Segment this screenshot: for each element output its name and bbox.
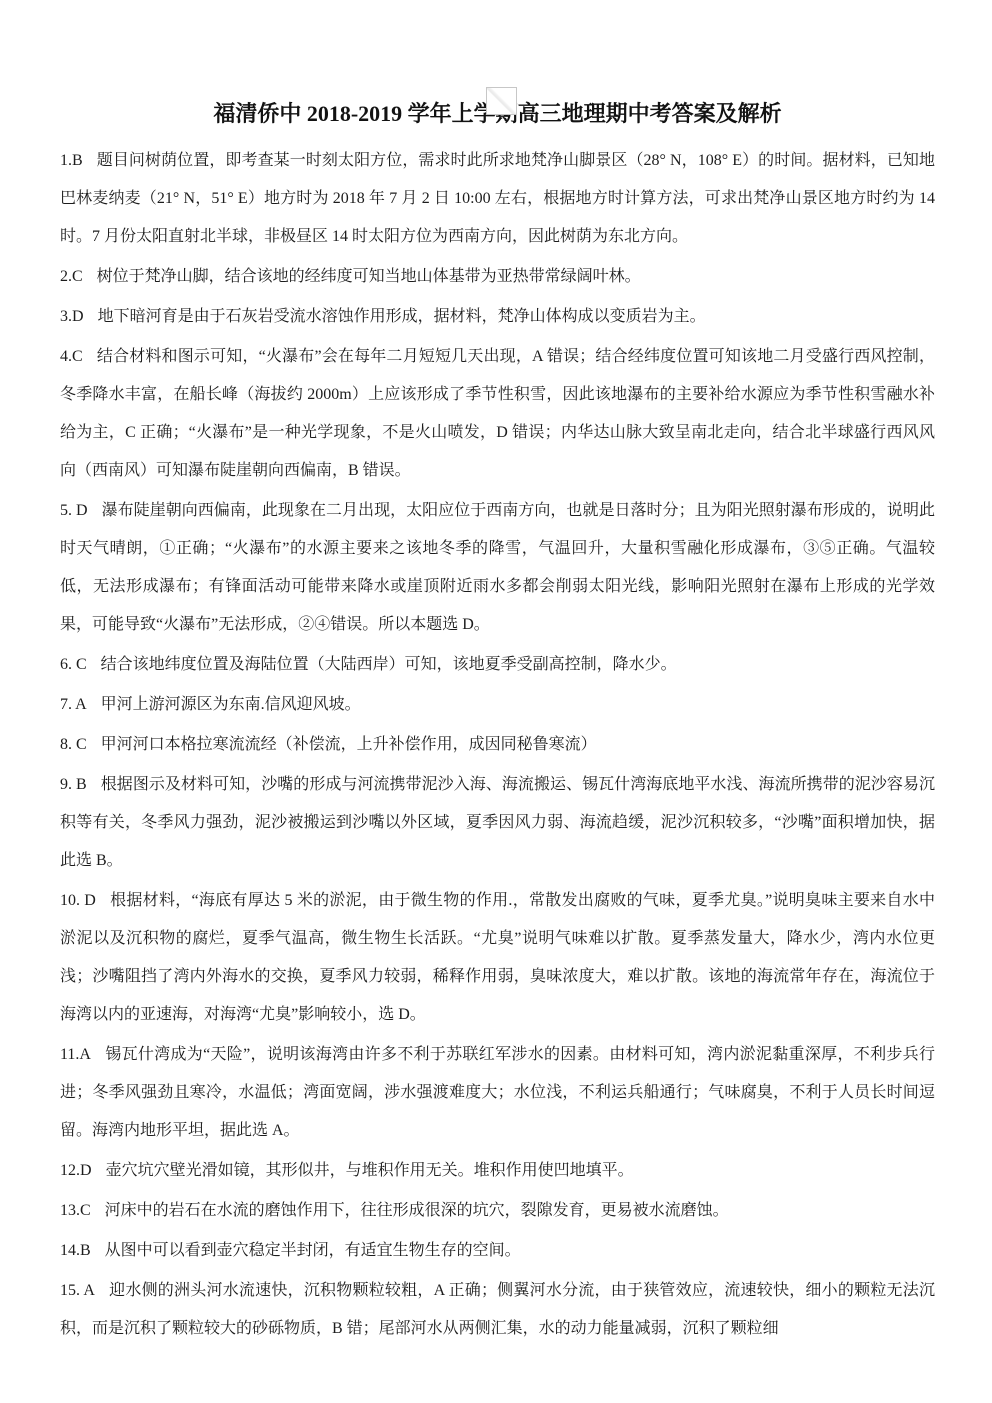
answer-text: 结合材料和图示可知，“火瀑布”会在每年二月短短几天出现，A 错误；结合经纬度位置… bbox=[60, 348, 935, 479]
answer-label: 9. B bbox=[60, 776, 87, 793]
answer-item-2: 2.C树位于梵净山脚，结合该地的经纬度可知当地山体基带为亚热带常绿阔叶林。 bbox=[60, 258, 935, 296]
answer-item-7: 7. A甲河上游河源区为东南.信风迎风坡。 bbox=[60, 686, 935, 724]
answer-item-5: 5. D瀑布陡崖朝向西偏南，此现象在二月出现，太阳应位于西南方向，也就是日落时分… bbox=[60, 492, 935, 644]
answer-label: 8. C bbox=[60, 736, 87, 753]
answer-text: 锡瓦什湾成为“天险”，说明该海湾由许多不利于苏联红军涉水的因素。由材料可知，湾内… bbox=[60, 1046, 935, 1139]
answer-text: 根据材料，“海底有厚达 5 米的淤泥，由于微生物的作用.，常散发出腐败的气味，夏… bbox=[60, 892, 935, 1023]
answer-text: 地下暗河育是由于石灰岩受流水溶蚀作用形成，据材料，梵净山体构成以变质岩为主。 bbox=[98, 308, 706, 325]
answer-label: 13.C bbox=[60, 1202, 91, 1219]
answer-text: 甲河河口本格拉寒流流经（补偿流，上升补偿作用，成因同秘鲁寒流） bbox=[101, 736, 597, 753]
document-page: 福清侨中 2018-2019 学年上学期高三地理期中考答案及解析 1.B题目问树… bbox=[0, 0, 992, 1403]
answer-item-15: 15. A迎水侧的洲头河水流速快，沉积物颗粒较粗，A 正确；侧翼河水分流，由于狭… bbox=[60, 1272, 935, 1348]
answer-text: 树位于梵净山脚，结合该地的经纬度可知当地山体基带为亚热带常绿阔叶林。 bbox=[97, 268, 641, 285]
answer-item-1: 1.B题目问树荫位置，即考查某一时刻太阳方位，需求时此所求地梵净山脚景区（28°… bbox=[60, 142, 935, 256]
answer-item-4: 4.C结合材料和图示可知，“火瀑布”会在每年二月短短几天出现，A 错误；结合经纬… bbox=[60, 338, 935, 490]
answer-text: 题目问树荫位置，即考查某一时刻太阳方位，需求时此所求地梵净山脚景区（28° N，… bbox=[60, 152, 935, 245]
answer-label: 10. D bbox=[60, 892, 96, 909]
answer-item-9: 9. B根据图示及材料可知，沙嘴的形成与河流携带泥沙入海、海流搬运、锡瓦什湾海底… bbox=[60, 766, 935, 880]
answer-label: 5. D bbox=[60, 502, 88, 519]
answer-text: 结合该地纬度位置及海陆位置（大陆西岸）可知，该地夏季受副高控制，降水少。 bbox=[101, 656, 677, 673]
answer-item-3: 3.D地下暗河育是由于石灰岩受流水溶蚀作用形成，据材料，梵净山体构成以变质岩为主… bbox=[60, 298, 935, 336]
answer-item-13: 13.C河床中的岩石在水流的磨蚀作用下，往往形成很深的坑穴，裂隙发育，更易被水流… bbox=[60, 1192, 935, 1230]
answer-text: 甲河上游河源区为东南.信风迎风坡。 bbox=[101, 696, 361, 713]
answer-item-6: 6. C结合该地纬度位置及海陆位置（大陆西岸）可知，该地夏季受副高控制，降水少。 bbox=[60, 646, 935, 684]
answer-label: 11.A bbox=[60, 1046, 91, 1063]
answer-text: 迎水侧的洲头河水流速快，沉积物颗粒较粗，A 正确；侧翼河水分流，由于狭管效应，流… bbox=[60, 1282, 935, 1337]
answer-label: 6. C bbox=[60, 656, 87, 673]
answers-section: 1.B题目问树荫位置，即考查某一时刻太阳方位，需求时此所求地梵净山脚景区（28°… bbox=[60, 142, 935, 1348]
answer-label: 4.C bbox=[60, 348, 83, 365]
answer-text: 壶穴坑穴壁光滑如镜，其形似井，与堆积作用无关。堆积作用使凹地填平。 bbox=[106, 1162, 634, 1179]
answer-label: 15. A bbox=[60, 1282, 95, 1299]
answer-label: 1.B bbox=[60, 152, 83, 169]
answer-label: 14.B bbox=[60, 1242, 91, 1259]
answer-label: 7. A bbox=[60, 696, 87, 713]
answer-label: 12.D bbox=[60, 1162, 92, 1179]
answer-item-11: 11.A锡瓦什湾成为“天险”，说明该海湾由许多不利于苏联红军涉水的因素。由材料可… bbox=[60, 1036, 935, 1150]
answer-item-12: 12.D壶穴坑穴壁光滑如镜，其形似井，与堆积作用无关。堆积作用使凹地填平。 bbox=[60, 1152, 935, 1190]
answer-item-8: 8. C甲河河口本格拉寒流流经（补偿流，上升补偿作用，成因同秘鲁寒流） bbox=[60, 726, 935, 764]
answer-label: 3.D bbox=[60, 308, 84, 325]
answer-text: 从图中可以看到壶穴稳定半封闭，有适宜生物生存的空间。 bbox=[105, 1242, 521, 1259]
answer-text: 瀑布陡崖朝向西偏南，此现象在二月出现，太阳应位于西南方向，也就是日落时分；且为阳… bbox=[60, 502, 935, 633]
answer-text: 河床中的岩石在水流的磨蚀作用下，往往形成很深的坑穴，裂隙发育，更易被水流磨蚀。 bbox=[105, 1202, 729, 1219]
answer-item-10: 10. D根据材料，“海底有厚达 5 米的淤泥，由于微生物的作用.，常散发出腐败… bbox=[60, 882, 935, 1034]
answer-text: 根据图示及材料可知，沙嘴的形成与河流携带泥沙入海、海流搬运、锡瓦什湾海底地平水浅… bbox=[60, 776, 935, 869]
answer-item-14: 14.B从图中可以看到壶穴稳定半封闭，有适宜生物生存的空间。 bbox=[60, 1232, 935, 1270]
broken-image-placeholder-icon bbox=[486, 87, 517, 115]
answer-label: 2.C bbox=[60, 268, 83, 285]
